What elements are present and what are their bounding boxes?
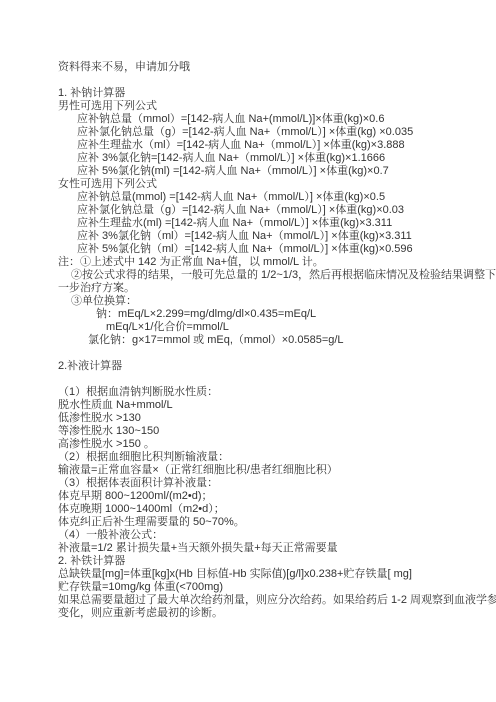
formula-line: 应补 5%氯化钠(ml) =[142-病人血 Na+（mmol/L）] ×体重(… — [58, 165, 486, 178]
formula-line: 应补 3%氯化钠（ml）=[142-病人血 Na+（mmol/L）] ×体重(k… — [58, 230, 486, 243]
text-line: 女性可选用下列公式 — [58, 178, 486, 191]
formula-line: 应补钠总量(mmol) =[142-病人血 Na+（mmol/L）] ×体重(k… — [58, 191, 486, 204]
formula-line: 应补钠总量（mmol）=[142-病人血 Na+(mmol/L)]×体重(kg)… — [58, 113, 486, 126]
formula-line: 应补 3%氯化钠=[142-病人血 Na+（mmol/L）] ×体重(kg)×1… — [58, 152, 486, 165]
formula-line: 应补氯化钠总量（g）=[142-病人血 Na+（mmol/L）] ×体重(kg)… — [58, 204, 486, 217]
formula-line: 补液量=1/2 累计损失量+当天额外损失量+每天正常需要量 — [58, 542, 486, 555]
formula-line: 应补生理盐水(ml) =[142-病人血 Na+（mmol/L）] ×体重(kg… — [58, 217, 486, 230]
formula-line: 应补 5%氯化钠（ml）=[142-病人血 Na+（mmol/L）] ×体重(k… — [58, 243, 486, 256]
text-line: ②按公式求得的结果，一般可先总量的 1/2~1/3，然后再根据临床情况及检验结果… — [58, 269, 486, 282]
text-line: （4）一般补液公式： — [58, 529, 486, 542]
document-body: 资料得来不易，申请加分哦1. 补钠计算器男性可选用下列公式应补钠总量（mmol）… — [58, 61, 486, 620]
text-line: （2）根据血细胞比积判断输液量： — [58, 451, 486, 464]
formula-line: 贮存铁量=10mg/kg 体重(<700mg) — [58, 581, 486, 594]
section-heading: 2.补液计算器 — [58, 360, 486, 373]
text-line: 体克晚期 1000~1400ml（m2•d）； — [58, 503, 486, 516]
text-line: 如果总需要量超过了最大单次给药剂量，则应分次给药。如果给药后 1-2 周观察到血… — [58, 594, 486, 607]
text-line: 一步治疗方案。 — [58, 282, 486, 295]
blank-line — [58, 347, 486, 360]
intro-line: 资料得来不易，申请加分哦 — [58, 61, 486, 74]
text-line: 体克纠正后补生理需要量的 50~70%。 — [58, 516, 486, 529]
formula-line: 应补生理盐水（ml）=[142-病人血 Na+（mmol/L）] ×体重(kg)… — [58, 139, 486, 152]
formula-line: mEq/L×1/化合价=mmol/L — [58, 321, 486, 334]
text-line: （1）根据血清钠判断脱水性质： — [58, 386, 486, 399]
text-line: 注：①上述式中 142 为正常血 Na+值，以 mmol/L 计。 — [58, 256, 486, 269]
text-line: 男性可选用下列公式 — [58, 100, 486, 113]
text-line: 低渗性脱水 >130 — [58, 412, 486, 425]
text-line: 体克早期 800~1200ml/(m2•d)； — [58, 490, 486, 503]
text-line: ③单位换算： — [58, 295, 486, 308]
text-line: 等渗性脱水 130~150 — [58, 425, 486, 438]
text-line: 脱水性质血 Na+mmol/L — [58, 399, 486, 412]
formula-line: 应补氯化钠总量（g）=[142-病人血 Na+（mmol/L）] ×体重(kg)… — [58, 126, 486, 139]
text-line: 高渗性脱水 >150 。 — [58, 438, 486, 451]
text-line: （3）根据体表面积计算补液量： — [58, 477, 486, 490]
blank-line — [58, 74, 486, 87]
formula-line: 总缺铁量[mg]=体重[kg]x(Hb 目标值-Hb 实际值)[g/l]x0.2… — [58, 568, 486, 581]
section-heading: 2. 补铁计算器 — [58, 555, 486, 568]
section-heading: 1. 补钠计算器 — [58, 87, 486, 100]
formula-line: 钠：mEq/L×2.299=mg/dlmg/dl×0.435=mEq/L — [58, 308, 486, 321]
document-page: 资料得来不易，申请加分哦1. 补钠计算器男性可选用下列公式应补钠总量（mmol）… — [0, 0, 496, 702]
text-line: 变化，则应重新考虑最初的诊断。 — [58, 607, 486, 620]
formula-line: 输液量=正常血容量×（正常红细胞比积/患者红细胞比积） — [58, 464, 486, 477]
formula-line: 氯化钠：g×17=mmol 或 mEq,（mmol）×0.0585=g/L — [58, 334, 486, 347]
blank-line — [58, 373, 486, 386]
